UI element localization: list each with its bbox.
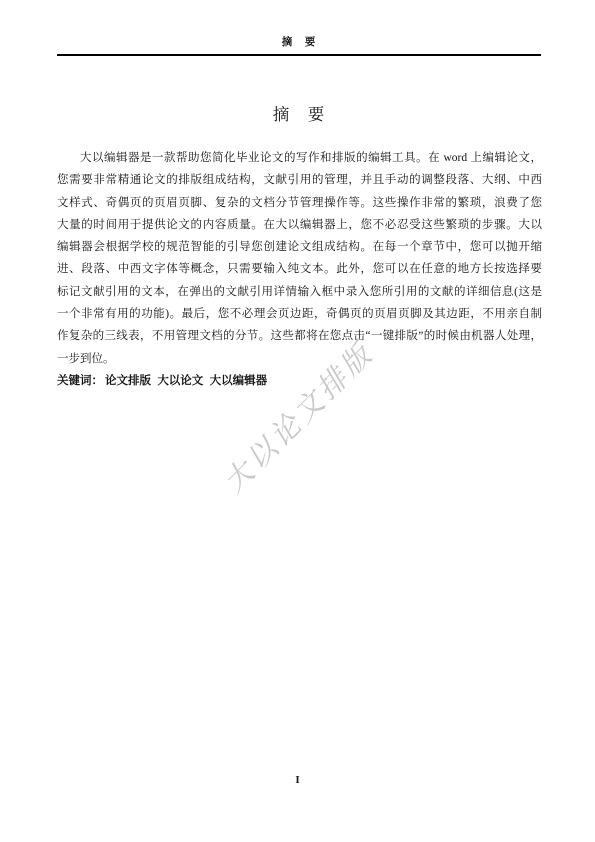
document-page: 摘 要 摘 要 大以编辑器是一款帮助您简化毕业论文的写作和排版的编辑工具。在 w… [0,0,595,842]
abstract-line: 大量的时间用于提供论文的内容质量。在大以编辑器上，您不必忍受这些繁琐的步骤。大以 [57,214,542,236]
page-number: I [0,774,595,786]
abstract-line: 一个非常有用的功能)。最后，您不必理会页边距，奇偶页的页眉页脚及其边距，不用亲自… [57,303,542,325]
keyword-item: 大以论文 [157,375,203,387]
abstract-line: 您需要非常精通论文的排版组成结构，文献引用的管理，并且手动的调整段落、大纲、中西 [57,169,542,191]
keyword-item: 大以编辑器 [210,375,268,387]
abstract-line: 文样式、奇偶页的页眉页脚、复杂的文档分节管理操作等。这些操作非常的繁琐，浪费了您 [57,192,542,214]
abstract-line: 作复杂的三线表，不用管理文档的分节。这些都将在您点击“一键排版”的时候由机器人处… [57,325,542,347]
abstract-line: 编辑器会根据学校的规范智能的引导您创建论文组成结构。在每一个章节中，您可以抛开缩 [57,236,542,258]
running-header-title: 摘 要 [282,37,317,48]
abstract-line: 进、段落、中西文字体等概念，只需要输入纯文本。此外，您可以在任意的地方长按选择要 [57,258,542,280]
keywords-line: 关键词：论文排版大以论文大以编辑器 [57,370,542,392]
page-title: 摘 要 [57,101,541,125]
running-header: 摘 要 [57,34,541,56]
keywords-label: 关键词： [57,375,103,387]
abstract-line: 一步到位。 [57,348,542,370]
abstract-body: 大以编辑器是一款帮助您简化毕业论文的写作和排版的编辑工具。在 word 上编辑论… [57,147,542,392]
abstract-line: 标记文献引用的文本，在弹出的文献引用详情输入框中录入您所引用的文献的详细信息(这… [57,281,542,303]
abstract-line: 大以编辑器是一款帮助您简化毕业论文的写作和排版的编辑工具。在 word 上编辑论… [57,147,542,169]
keyword-item: 论文排版 [105,375,151,387]
